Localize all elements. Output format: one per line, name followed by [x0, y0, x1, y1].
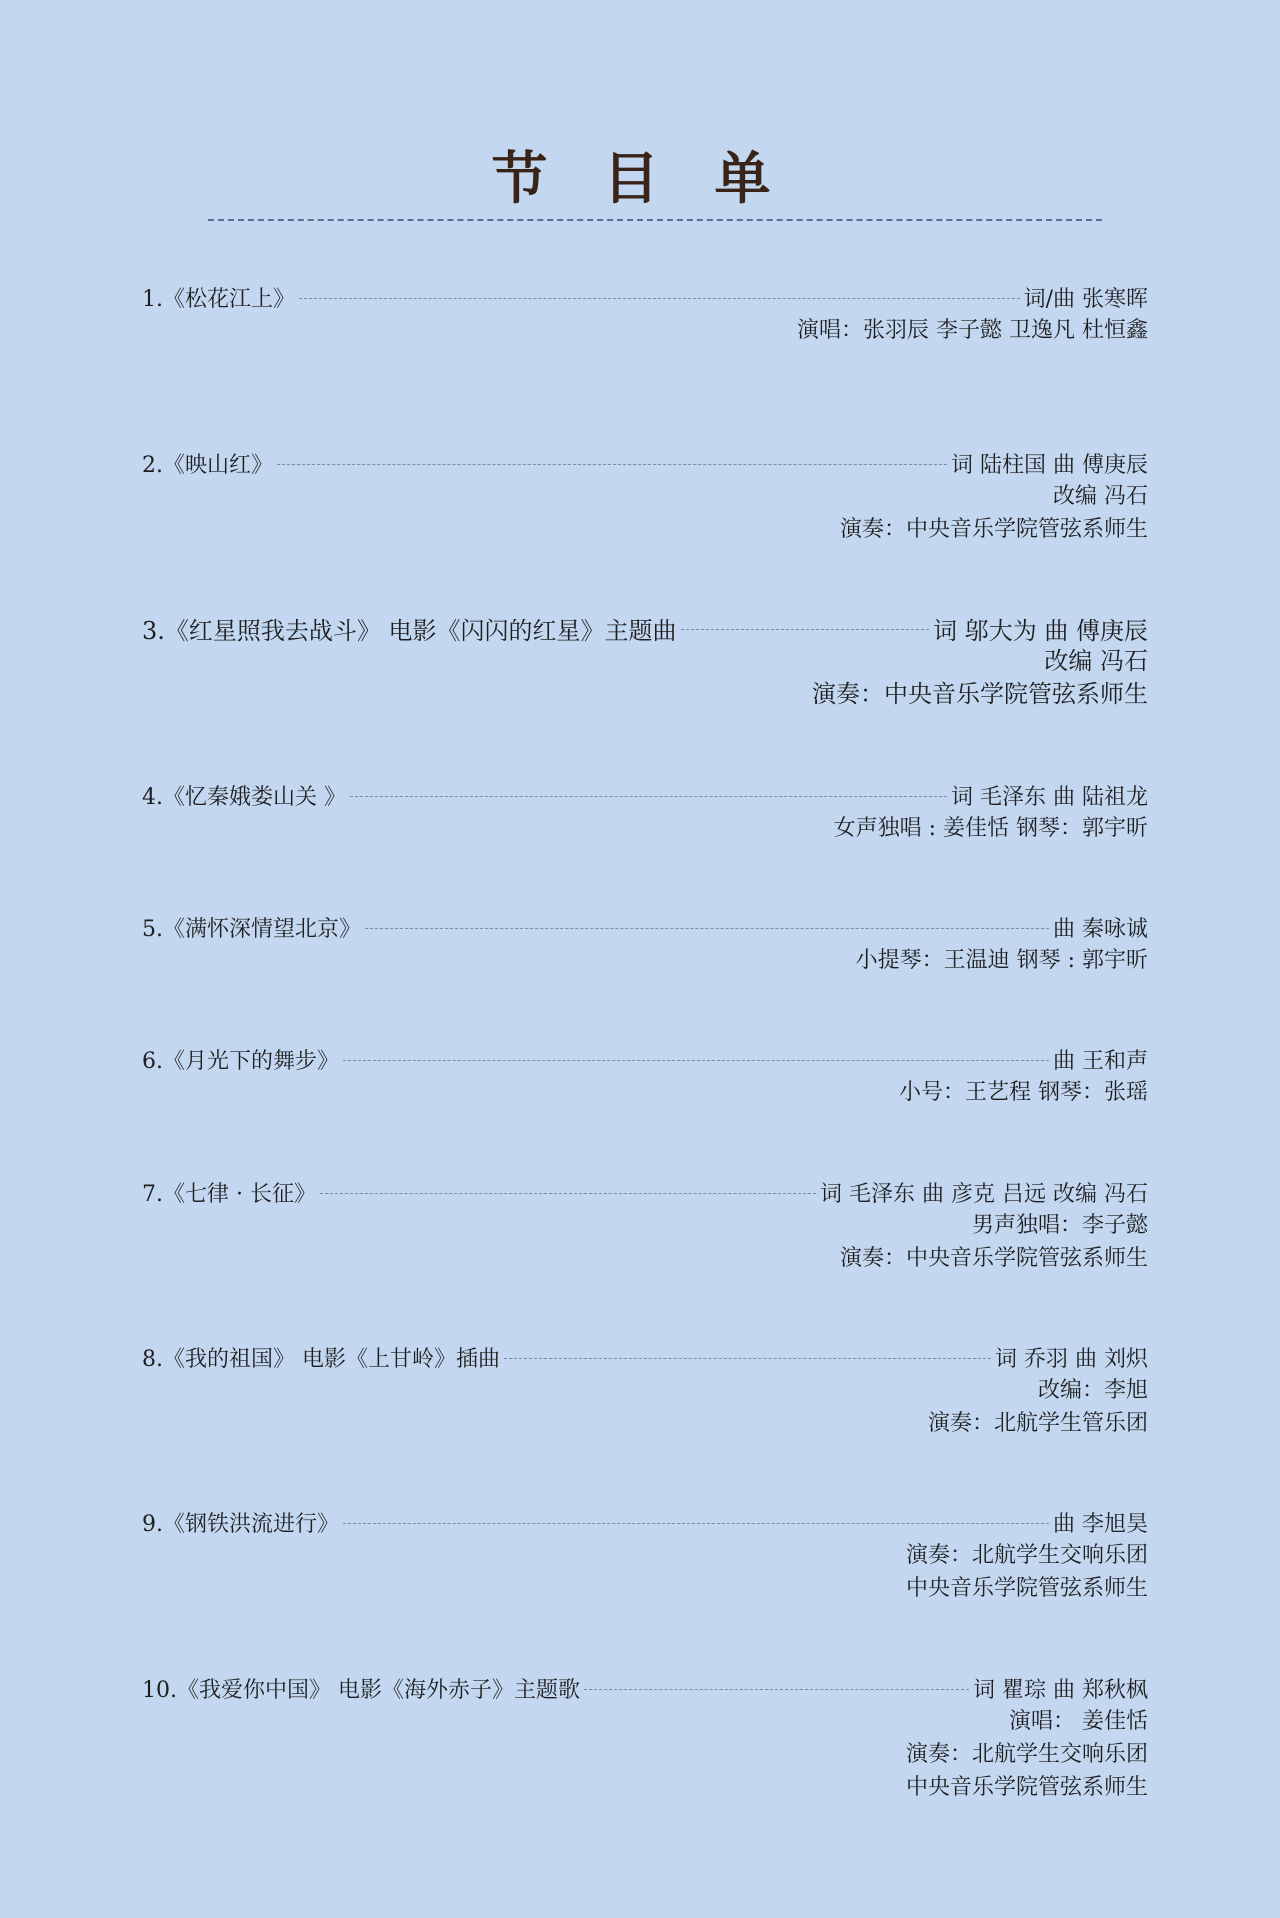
- program-detail: 演奏：中央音乐学院管弦系师生: [142, 678, 1148, 711]
- program-title: 6.《月光下的舞步》: [142, 1044, 339, 1075]
- program-name: 《忆秦娥娄山关 》: [163, 785, 346, 810]
- program-name: 《钢铁洪流进行》: [163, 1512, 339, 1537]
- program-item-5: 5.《满怀深情望北京》 曲 秦咏诚 小提琴：王温迪 钢琴 : 郭宇昕: [142, 911, 1148, 977]
- program-title-row: 10.《我爱你中国》 电影《海外赤子》主题歌 词 瞿琮 曲 郑秋枫: [142, 1672, 1148, 1705]
- program-name: 《七律 · 长征》: [163, 1182, 316, 1207]
- program-detail: 演奏：北航学生交响乐团: [142, 1738, 1148, 1771]
- program-number: 3.: [142, 617, 165, 645]
- program-name: 《红星照我去战斗》 电影《闪闪的红星》主题曲: [165, 617, 677, 645]
- program-item-8: 8.《我的祖国》 电影《上甘岭》插曲 词 乔羽 曲 刘炽 改编：李旭 演奏：北航…: [142, 1341, 1148, 1440]
- program-item-1: 1.《松花江上》 词/曲 张寒晖 演唱：张羽辰 李子懿 卫逸凡 杜恒鑫: [142, 281, 1148, 347]
- program-item-9: 9.《钢铁洪流进行》 曲 李旭昊 演奏：北航学生交响乐团 中央音乐学院管弦系师生: [142, 1506, 1148, 1605]
- program-detail: 小号：王艺程 钢琴：张瑶: [142, 1076, 1148, 1109]
- program-detail: 演奏：中央音乐学院管弦系师生: [142, 1242, 1148, 1275]
- program-number: 1.: [142, 287, 163, 312]
- program-number: 6.: [142, 1049, 163, 1074]
- program-credits: 词 毛泽东 曲 陆祖龙: [951, 780, 1148, 811]
- program-detail: 演奏：北航学生交响乐团: [142, 1539, 1148, 1572]
- program-item-3: 3.《红星照我去战斗》 电影《闪闪的红星》主题曲 词 邬大为 曲 傅庚辰 改编 …: [142, 612, 1148, 711]
- dotted-leader: [681, 629, 930, 630]
- program-name: 《月光下的舞步》: [163, 1049, 339, 1074]
- program-detail: 演奏：北航学生管乐团: [142, 1407, 1148, 1440]
- dotted-leader: [343, 1060, 1049, 1061]
- program-detail: 演唱：张羽辰 李子懿 卫逸凡 杜恒鑫: [142, 314, 1148, 347]
- program-number: 10.: [142, 1678, 177, 1703]
- program-number: 8.: [142, 1347, 163, 1372]
- page-title: 节 目 单: [0, 135, 1280, 215]
- program-detail: 演唱： 姜佳恬: [142, 1705, 1148, 1738]
- dotted-leader: [343, 1523, 1049, 1524]
- program-item-10: 10.《我爱你中国》 电影《海外赤子》主题歌 词 瞿琮 曲 郑秋枫 演唱： 姜佳…: [142, 1672, 1148, 1804]
- program-title: 4.《忆秦娥娄山关 》: [142, 780, 346, 811]
- program-item-7: 7.《七律 · 长征》 词 毛泽东 曲 彦克 吕远 改编 冯石 男声独唱：李子懿…: [142, 1176, 1148, 1275]
- program-credits: 词/曲 张寒晖: [1024, 282, 1148, 313]
- program-name: 《映山红》: [163, 453, 273, 478]
- program-title: 7.《七律 · 长征》: [142, 1177, 316, 1208]
- dotted-leader: [365, 928, 1049, 929]
- program-number: 2.: [142, 453, 163, 478]
- program-detail: 演奏：中央音乐学院管弦系师生: [142, 513, 1148, 546]
- program-title: 10.《我爱你中国》 电影《海外赤子》主题歌: [142, 1673, 580, 1704]
- dotted-leader: [299, 298, 1020, 299]
- program-title-row: 4.《忆秦娥娄山关 》 词 毛泽东 曲 陆祖龙: [142, 779, 1148, 812]
- program-detail: 小提琴：王温迪 钢琴 : 郭宇昕: [142, 944, 1148, 977]
- program-name: 《我的祖国》 电影《上甘岭》插曲: [163, 1347, 500, 1372]
- program-title: 2.《映山红》: [142, 448, 273, 479]
- dotted-leader: [504, 1358, 991, 1359]
- program-item-2: 2.《映山红》 词 陆柱国 曲 傅庚辰 改编 冯石 演奏：中央音乐学院管弦系师生: [142, 447, 1148, 546]
- program-title-row: 7.《七律 · 长征》 词 毛泽东 曲 彦克 吕远 改编 冯石: [142, 1176, 1148, 1209]
- program-title: 1.《松花江上》: [142, 282, 295, 313]
- program-title: 8.《我的祖国》 电影《上甘岭》插曲: [142, 1342, 500, 1373]
- program-title-row: 2.《映山红》 词 陆柱国 曲 傅庚辰: [142, 447, 1148, 480]
- program-title-row: 6.《月光下的舞步》 曲 王和声: [142, 1043, 1148, 1076]
- program-title-row: 9.《钢铁洪流进行》 曲 李旭昊: [142, 1506, 1148, 1539]
- program-detail: 男声独唱：李子懿: [142, 1209, 1148, 1242]
- program-detail: 改编 冯石: [142, 480, 1148, 513]
- program-credits: 曲 王和声: [1053, 1044, 1148, 1075]
- dotted-leader: [584, 1689, 969, 1690]
- program-credits: 词 毛泽东 曲 彦克 吕远 改编 冯石: [820, 1177, 1148, 1208]
- program-title: 3.《红星照我去战斗》 电影《闪闪的红星》主题曲: [142, 611, 677, 646]
- dotted-leader: [277, 464, 947, 465]
- dotted-leader: [320, 1193, 816, 1194]
- program-name: 《满怀深情望北京》: [163, 917, 361, 942]
- program-detail: 改编：李旭: [142, 1374, 1148, 1407]
- program-detail: 中央音乐学院管弦系师生: [142, 1572, 1148, 1605]
- program-credits: 曲 李旭昊: [1053, 1507, 1148, 1538]
- program-number: 4.: [142, 785, 163, 810]
- program-credits: 词 乔羽 曲 刘炽: [995, 1342, 1148, 1373]
- program-detail: 女声独唱 : 姜佳恬 钢琴：郭宇昕: [142, 812, 1148, 845]
- title-divider: [208, 219, 1102, 221]
- program-credits: 词 陆柱国 曲 傅庚辰: [951, 448, 1148, 479]
- program-credits: 曲 秦咏诚: [1053, 912, 1148, 943]
- program-number: 5.: [142, 917, 163, 942]
- program-detail: 改编 冯石: [142, 645, 1148, 678]
- program-item-6: 6.《月光下的舞步》 曲 王和声 小号：王艺程 钢琴：张瑶: [142, 1043, 1148, 1109]
- program-detail: 中央音乐学院管弦系师生: [142, 1771, 1148, 1804]
- program-title-row: 5.《满怀深情望北京》 曲 秦咏诚: [142, 911, 1148, 944]
- program-name: 《松花江上》: [163, 287, 295, 312]
- program-item-4: 4.《忆秦娥娄山关 》 词 毛泽东 曲 陆祖龙 女声独唱 : 姜佳恬 钢琴：郭宇…: [142, 779, 1148, 845]
- program-title-row: 1.《松花江上》 词/曲 张寒晖: [142, 281, 1148, 314]
- program-title: 5.《满怀深情望北京》: [142, 912, 361, 943]
- program-title-row: 8.《我的祖国》 电影《上甘岭》插曲 词 乔羽 曲 刘炽: [142, 1341, 1148, 1374]
- program-name: 《我爱你中国》 电影《海外赤子》主题歌: [177, 1678, 580, 1703]
- dotted-leader: [350, 796, 947, 797]
- program-credits: 词 邬大为 曲 傅庚辰: [933, 611, 1148, 646]
- program-number: 9.: [142, 1512, 163, 1537]
- program-title-row: 3.《红星照我去战斗》 电影《闪闪的红星》主题曲 词 邬大为 曲 傅庚辰: [142, 612, 1148, 645]
- program-credits: 词 瞿琮 曲 郑秋枫: [973, 1673, 1148, 1704]
- program-title: 9.《钢铁洪流进行》: [142, 1507, 339, 1538]
- program-number: 7.: [142, 1182, 163, 1207]
